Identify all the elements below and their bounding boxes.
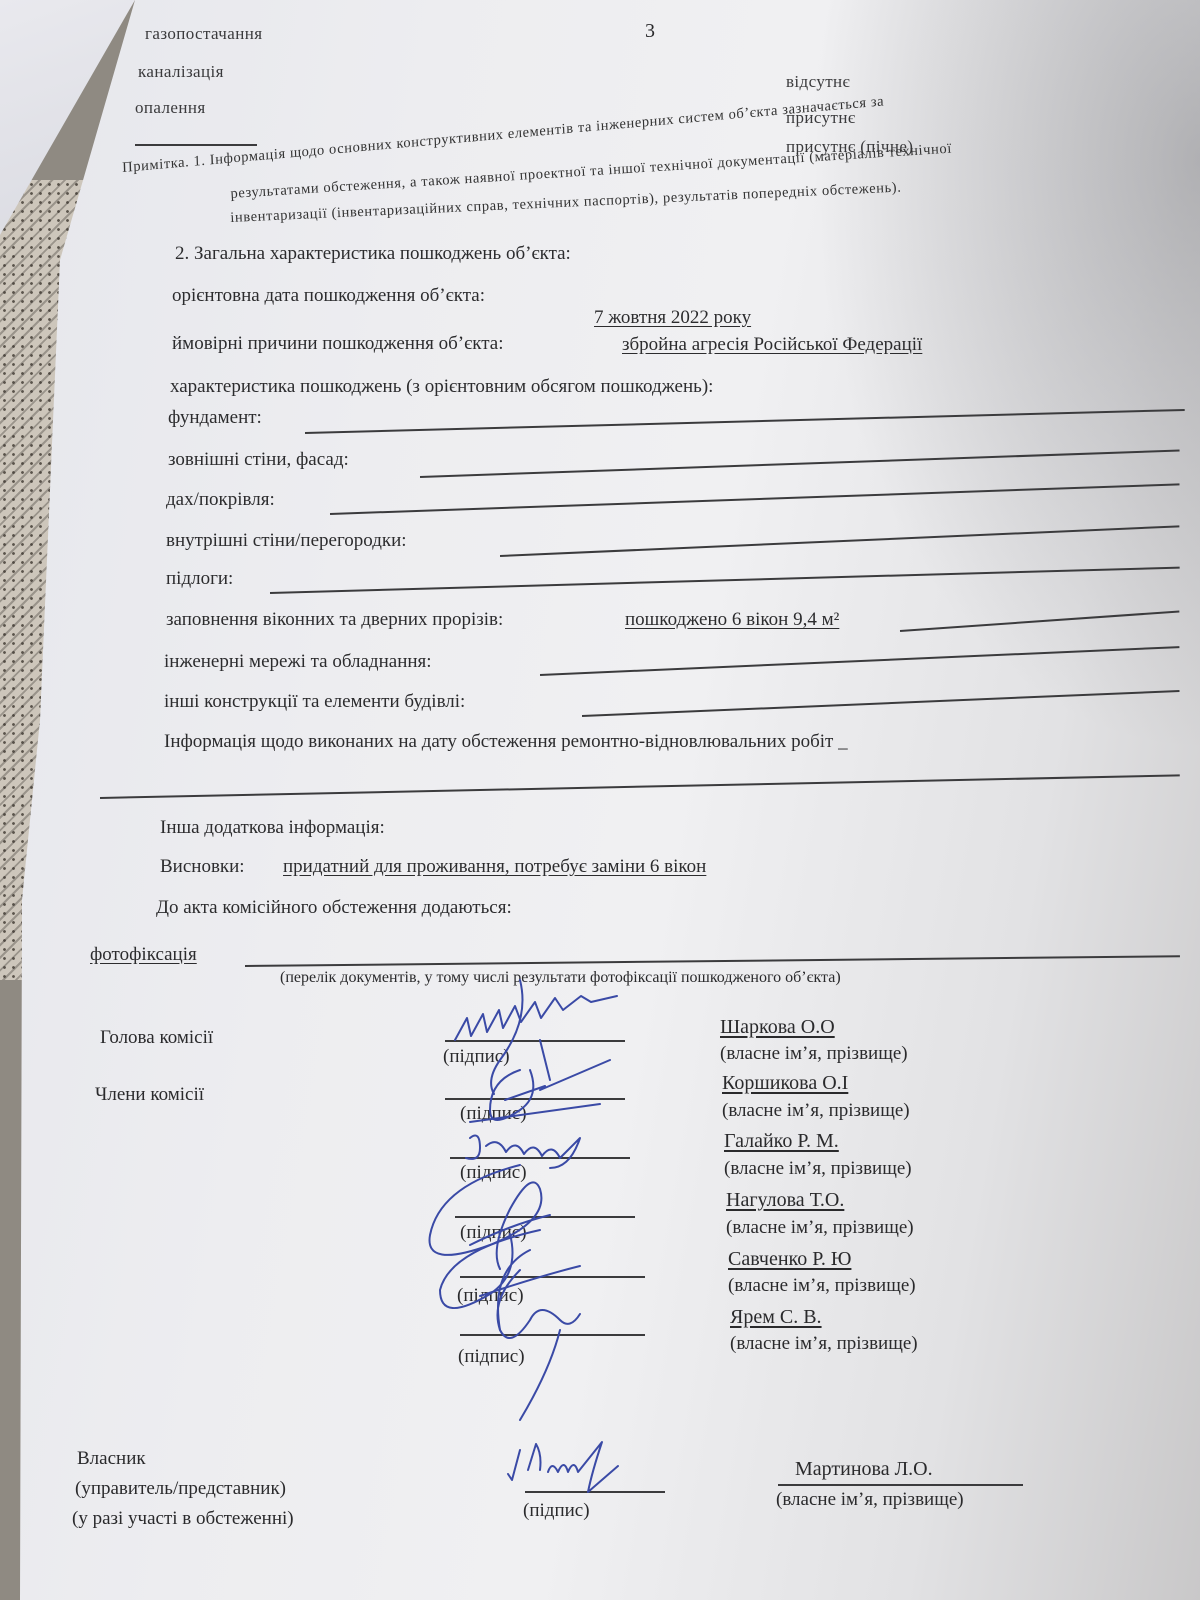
- member-5-signature-line: [460, 1334, 645, 1336]
- owner-name-caption: (власне ім’я, прізвище): [776, 1489, 964, 1511]
- chair-name-caption: (власне ім’я, прізвище): [720, 1043, 908, 1065]
- conclusions-label: Висновки:: [160, 856, 245, 878]
- owner-label: Власник: [77, 1448, 146, 1470]
- field-label-facade: зовнішні стіни, фасад:: [168, 449, 349, 471]
- members-label: Члени комісії: [95, 1084, 204, 1106]
- document-page: [0, 0, 1200, 1600]
- owner-name-line: [778, 1484, 1023, 1486]
- chair-name: Шаркова О.О: [720, 1016, 835, 1039]
- cause-value: збройна агресія Російської Федерації: [622, 334, 922, 356]
- member-2-signature-line: [450, 1157, 630, 1159]
- member-3-signature-caption: (підпис): [460, 1222, 527, 1244]
- utility-label-gas: газопостачання: [145, 24, 262, 44]
- date-label: орієнтовна дата пошкодження об’єкта:: [172, 285, 485, 307]
- field-label-other-structures: інші конструкції та елементи будівлі:: [164, 691, 465, 713]
- member-1-signature-caption: (підпис): [460, 1103, 527, 1125]
- damage-heading: характеристика пошкоджень (з орієнтовним…: [170, 376, 713, 398]
- owner-signature-line: [525, 1491, 665, 1493]
- utility-label-heating: опалення: [135, 98, 206, 118]
- utility-label-sewage: каналізація: [138, 62, 224, 82]
- chair-signature-caption: (підпис): [443, 1046, 510, 1068]
- repair-info: Інформація щодо виконаних на дату обстеж…: [164, 731, 848, 753]
- owner-label-manager: (управитель/представник): [75, 1478, 286, 1500]
- member-4-signature-caption: (підпис): [457, 1285, 524, 1307]
- member-4-name: Савченко Р. Ю: [728, 1248, 851, 1271]
- chair-signature-line: [445, 1040, 625, 1042]
- owner-signature-caption: (підпис): [523, 1500, 590, 1522]
- other-info: Інша додаткова інформація:: [160, 817, 385, 839]
- field-label-foundation: фундамент:: [168, 407, 262, 429]
- member-1-name: Коршикова О.І: [722, 1072, 848, 1095]
- utility-value-sewage: відсутнє: [786, 72, 850, 92]
- member-1-name-caption: (власне ім’я, прізвище): [722, 1100, 910, 1122]
- chair-label: Голова комісії: [100, 1027, 213, 1049]
- member-5-name: Ярем С. В.: [730, 1306, 822, 1329]
- member-2-name: Галайко Р. М.: [724, 1130, 839, 1153]
- member-4-name-caption: (власне ім’я, прізвище): [728, 1275, 916, 1297]
- member-3-name: Нагулова Т.О.: [726, 1189, 844, 1212]
- date-value: 7 жовтня 2022 року: [594, 307, 751, 329]
- owner-label-participation: (у разі участі в обстеженні): [72, 1508, 294, 1530]
- cause-label: ймовірні причини пошкодження об’єкта:: [172, 333, 503, 355]
- owner-name: Мартинова Л.О.: [795, 1458, 933, 1481]
- member-5-signature-caption: (підпис): [458, 1346, 525, 1368]
- section-heading: 2. Загальна характеристика пошкоджень об…: [175, 243, 571, 265]
- attachments-label: До акта комісійного обстеження додаються…: [156, 897, 512, 919]
- field-label-floors: підлоги:: [166, 568, 233, 590]
- page-number: 3: [645, 20, 655, 43]
- member-2-signature-caption: (підпис): [460, 1162, 527, 1184]
- field-label-engineering: інженерні мережі та обладнання:: [164, 651, 432, 673]
- member-1-signature-line: [445, 1098, 625, 1100]
- member-3-signature-line: [455, 1216, 635, 1218]
- field-label-windows: заповнення віконних та дверних прорізів:: [166, 609, 503, 631]
- conclusions-value: придатний для проживання, потребує замін…: [283, 856, 706, 878]
- attachments-value: фотофіксація: [90, 944, 197, 966]
- member-3-name-caption: (власне ім’я, прізвище): [726, 1217, 914, 1239]
- field-label-inner-walls: внутрішні стіни/перегородки:: [166, 530, 407, 552]
- member-5-name-caption: (власне ім’я, прізвище): [730, 1333, 918, 1355]
- member-4-signature-line: [460, 1276, 645, 1278]
- divider: [135, 144, 257, 146]
- member-2-name-caption: (власне ім’я, прізвище): [724, 1158, 912, 1180]
- field-label-roof: дах/покрівля:: [166, 489, 275, 511]
- field-value-windows: пошкоджено 6 вікон 9,4 м²: [625, 609, 839, 631]
- attachments-caption: (перелік документів, у тому числі резуль…: [280, 969, 841, 987]
